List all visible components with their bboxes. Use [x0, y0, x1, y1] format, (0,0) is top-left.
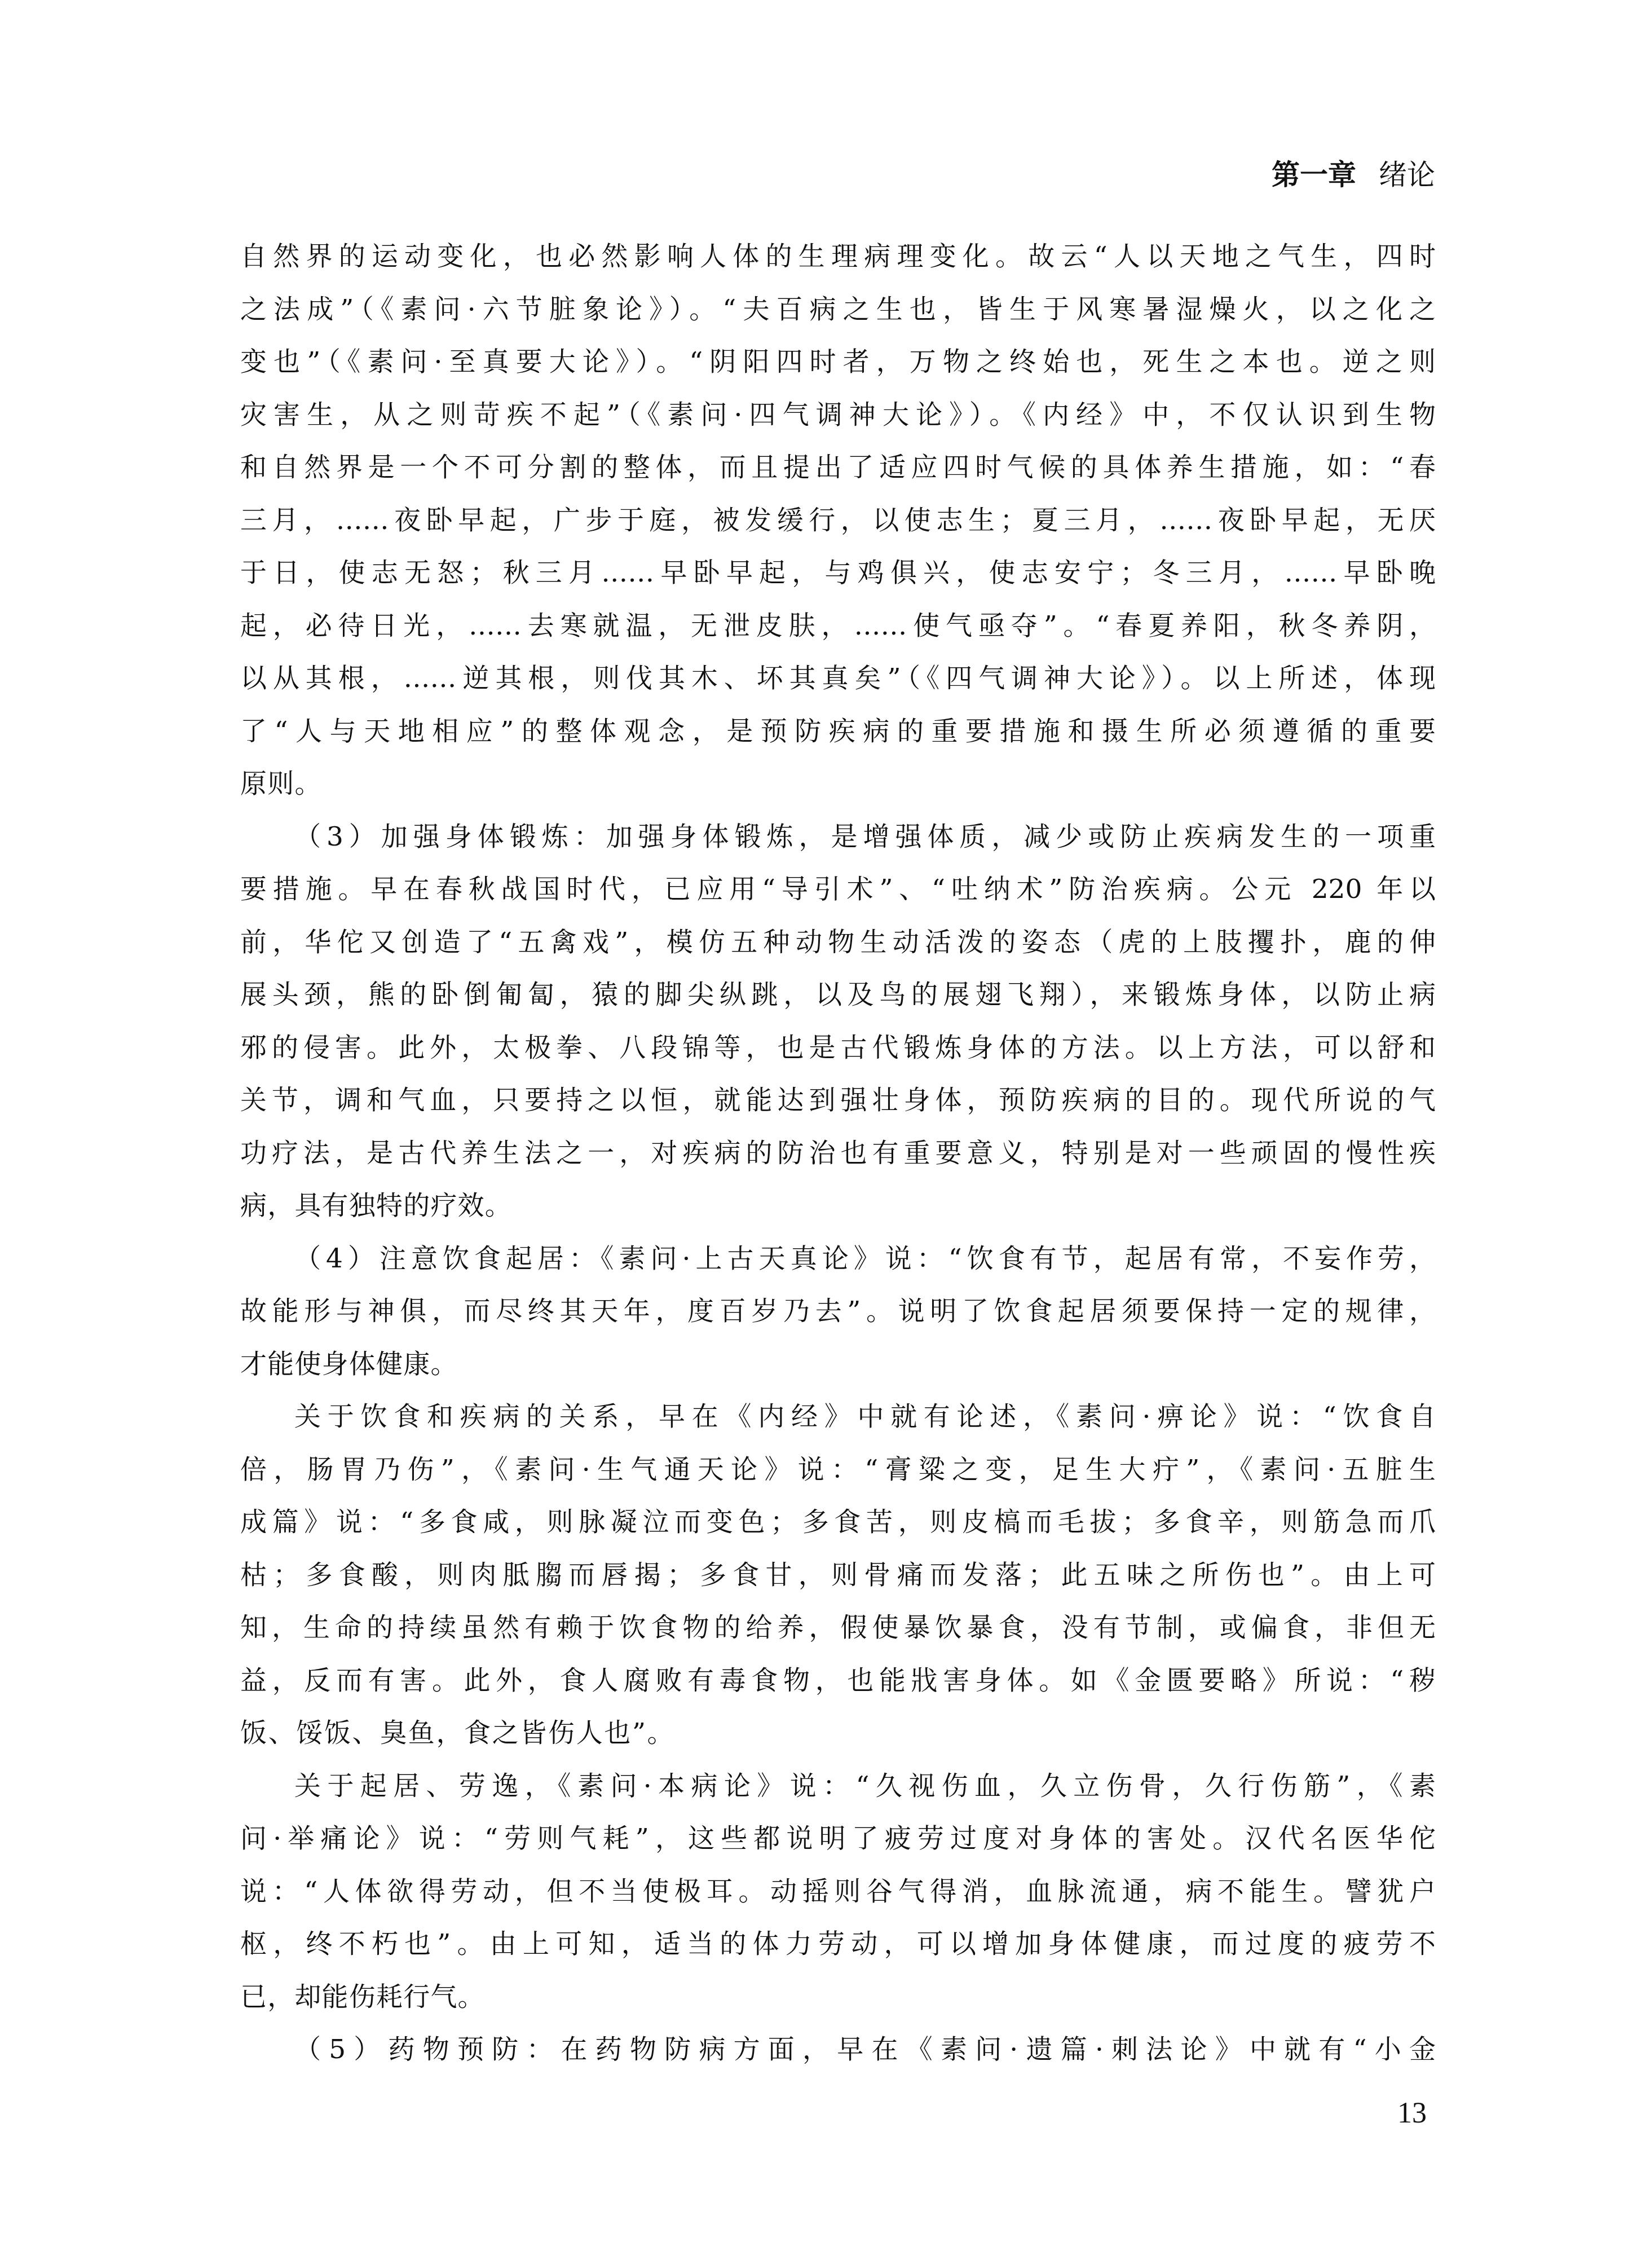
- text-line: 已，却能伤耗行气。: [240, 1973, 1436, 2026]
- text-line: 知，生命的持续虽然有赖于饮食物的给养，假使暴饮暴食，没有节制，或偏食，非但无: [240, 1604, 1436, 1657]
- paragraph-p1: 自然界的运动变化，也必然影响人体的生理病理变化。故云“人以天地之气生，四时之法成…: [240, 232, 1436, 813]
- text-line: 自然界的运动变化，也必然影响人体的生理病理变化。故云“人以天地之气生，四时: [240, 232, 1436, 285]
- text-line: 展头颈，熊的卧倒匍匐，猿的脚尖纵跳，以及鸟的展翅飞翔），来锻炼身体，以防止病: [240, 971, 1436, 1024]
- text-line: 邪的侵害。此外，太极拳、八段锦等，也是古代锻炼身体的方法。以上方法，可以舒和: [240, 1024, 1436, 1077]
- text-line: 倍，肠胃乃伤”，《素问·生气通天论》说：“膏粱之变，足生大疔”，《素问·五脏生: [240, 1446, 1436, 1499]
- paragraph-p6: （5）药物预防：在药物防病方面，早在《素问·遗篇·刺法论》中就有“小金: [240, 2025, 1436, 2078]
- text-line: 要措施。早在春秋战国时代，已应用“导引术”、“吐纳术”防治疾病。公元 220 年…: [240, 865, 1436, 918]
- paragraph-p4: 关于饮食和疾病的关系，早在《内经》中就有论述，《素问·痹论》说：“饮食自倍，肠胃…: [240, 1393, 1436, 1762]
- text-line: 变也”（《素问·至真要大论》）。“阴阳四时者，万物之终始也，死生之本也。逆之则: [240, 338, 1436, 391]
- text-line: 和自然界是一个不可分割的整体，而且提出了适应四时气候的具体养生措施，如：“春: [240, 443, 1436, 496]
- page-number: 13: [1376, 2094, 1427, 2133]
- text-line: 说：“人体欲得劳动，但不当使极耳。动摇则谷气得消，血脉流通，病不能生。譬犹户: [240, 1868, 1436, 1921]
- text-line: 关节，调和气血，只要持之以恒，就能达到强壮身体，预防疾病的目的。现代所说的气: [240, 1076, 1436, 1129]
- text-line: 了“人与天地相应”的整体观念，是预防疾病的重要措施和摄生所必须遵循的重要: [240, 707, 1436, 760]
- text-line: 灾害生，从之则苛疾不起”（《素问·四气调神大论》）。《内经》中，不仅认识到生物: [240, 391, 1436, 444]
- text-line: 于日，使志无怒；秋三月……早卧早起，与鸡俱兴，使志安宁；冬三月，……早卧晚: [240, 549, 1436, 602]
- text-line: 三月，……夜卧早起，广步于庭，被发缓行，以使志生；夏三月，……夜卧早起，无厌: [240, 496, 1436, 549]
- text-line: 故能形与神俱，而尽终其天年，度百岁乃去”。说明了饮食起居须要保持一定的规律，: [240, 1287, 1436, 1340]
- text-line: 枯；多食酸，则肉胝䐢而唇揭；多食甘，则骨痛而发落；此五味之所伤也”。由上可: [240, 1551, 1436, 1604]
- text-line: 前，华佗又创造了“五禽戏”，模仿五种动物生动活泼的姿态（虎的上肢攫扑，鹿的伸: [240, 918, 1436, 971]
- text-line: 饭、馁饭、臭鱼，食之皆伤人也”。: [240, 1709, 1436, 1762]
- text-line: 成篇》说：“多食咸，则脉凝泣而变色；多食苦，则皮槁而毛拔；多食辛，则筋急而爪: [240, 1498, 1436, 1551]
- text-line: 以从其根，……逆其根，则伐其木、坏其真矣”（《四气调神大论》）。以上所述，体现: [240, 654, 1436, 707]
- text-line: 益，反而有害。此外，食人腐败有毒食物，也能戕害身体。如《金匮要略》所说：“秽: [240, 1657, 1436, 1710]
- paragraph-p5: 关于起居、劳逸，《素问·本病论》说：“久视伤血，久立伤骨，久行伤筋”，《素问·举…: [240, 1762, 1436, 2026]
- text-line: 问·举痛论》说：“劳则气耗”，这些都说明了疲劳过度对身体的害处。汉代名医华佗: [240, 1815, 1436, 1868]
- text-line: 关于起居、劳逸，《素问·本病论》说：“久视伤血，久立伤骨，久行伤筋”，《素: [240, 1762, 1436, 1815]
- text-line: （3）加强身体锻炼：加强身体锻炼，是增强体质，减少或防止疾病发生的一项重: [240, 813, 1436, 866]
- document-page: 第一章绪论 自然界的运动变化，也必然影响人体的生理病理变化。故云“人以天地之气生…: [0, 0, 1628, 2268]
- text-line: 之法成”（《素问·六节脏象论》）。“夫百病之生也，皆生于风寒暑湿燥火，以之化之: [240, 285, 1436, 338]
- text-line: 起，必待日光，……去寒就温，无泄皮肤，……使气亟夺”。“春夏养阳，秋冬养阴，: [240, 602, 1436, 655]
- chapter-number: 第一章: [1272, 158, 1356, 191]
- chapter-title: 绪论: [1379, 158, 1435, 191]
- text-line: （4）注意饮食起居：《素问·上古天真论》说：“饮食有节，起居有常，不妄作劳，: [240, 1235, 1436, 1288]
- text-line: 原则。: [240, 760, 1436, 813]
- text-line: 关于饮食和疾病的关系，早在《内经》中就有论述，《素问·痹论》说：“饮食自: [240, 1393, 1436, 1446]
- text-line: （5）药物预防：在药物防病方面，早在《素问·遗篇·刺法论》中就有“小金: [240, 2025, 1436, 2078]
- text-line: 枢，终不朽也”。由上可知，适当的体力劳动，可以增加身体健康，而过度的疲劳不: [240, 1920, 1436, 1973]
- paragraph-p2: （3）加强身体锻炼：加强身体锻炼，是增强体质，减少或防止疾病发生的一项重要措施。…: [240, 813, 1436, 1235]
- text-line: 才能使身体健康。: [240, 1340, 1436, 1393]
- text-line: 病，具有独特的疗效。: [240, 1182, 1436, 1235]
- running-header: 第一章绪论: [1241, 152, 1435, 197]
- text-line: 功疗法，是古代养生法之一，对疾病的防治也有重要意义，特别是对一些顽固的慢性疾: [240, 1129, 1436, 1182]
- paragraph-p3: （4）注意饮食起居：《素问·上古天真论》说：“饮食有节，起居有常，不妄作劳，故能…: [240, 1235, 1436, 1393]
- body-text: 自然界的运动变化，也必然影响人体的生理病理变化。故云“人以天地之气生，四时之法成…: [240, 232, 1436, 2078]
